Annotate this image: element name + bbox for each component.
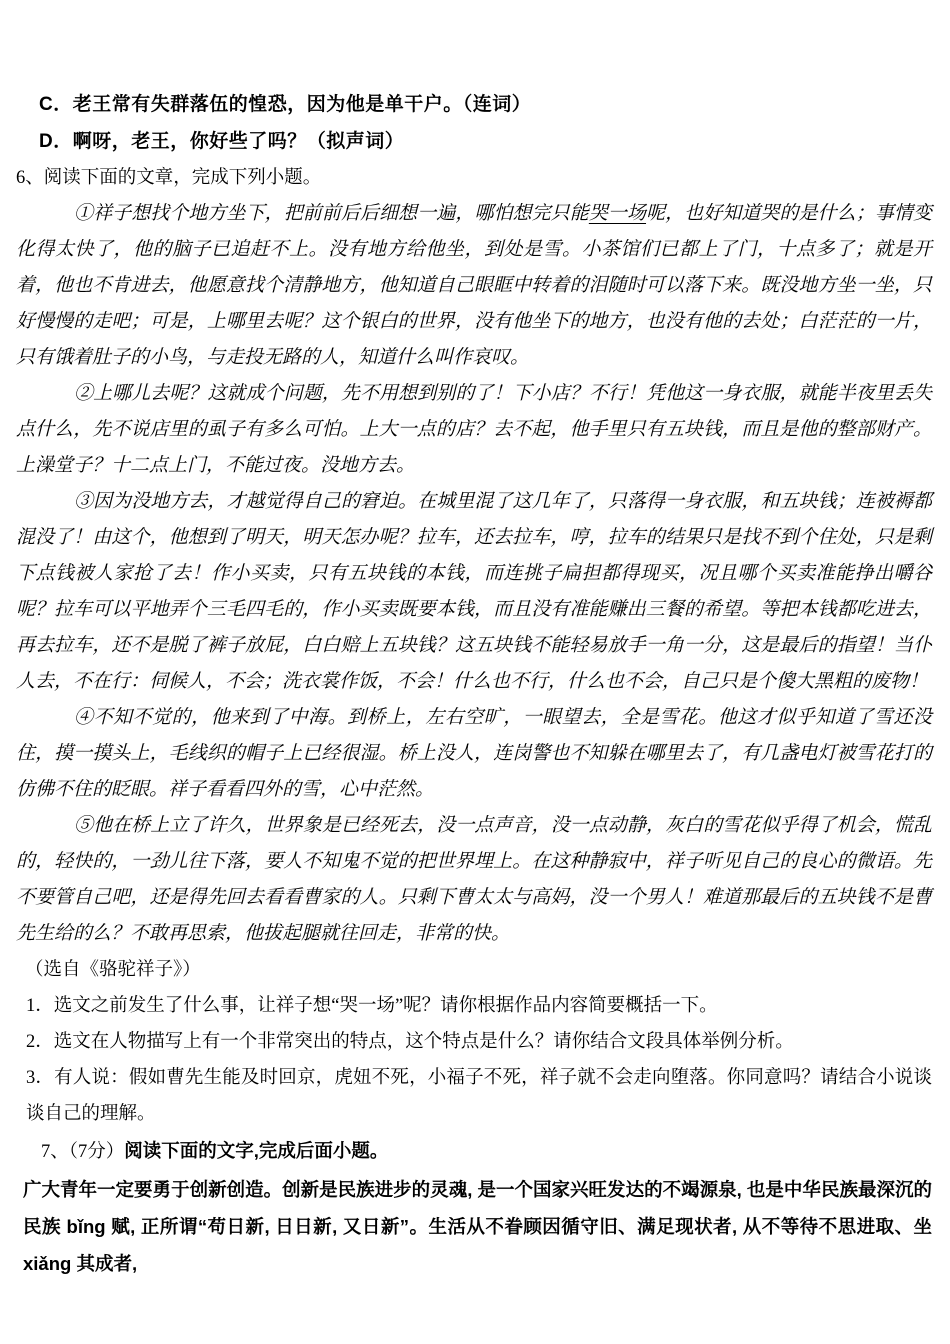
- passage-paragraph-5: ⑤他在桥上立了许久，世界象是已经死去，没一点声音，没一点动静，灰白的雪花似乎得了…: [16, 808, 932, 952]
- passage-paragraph-1: ①祥子想找个地方坐下，把前前后后细想一遍，哪怕想完只能哭一场呢，也好知道哭的是什…: [16, 196, 932, 376]
- question7-title: 阅读下面的文字,完成后面小题。: [124, 1140, 388, 1161]
- sub-question-3: 3．有人说：假如曹先生能及时回京，虎妞不死，小福子不死，祥子就不会走向堕落。你同…: [16, 1060, 932, 1132]
- question6-intro: 6、阅读下面的文章，完成下列小题。: [16, 160, 932, 196]
- sub-question-1: 1．选文之前发生了什么事，让祥子想“哭一场”呢？请你根据作品内容简要概括一下。: [16, 988, 932, 1024]
- underlined-phrase: 哭一场: [589, 203, 646, 224]
- option-c: C．老王常有失群落伍的惶恐，因为他是单干户。（连词）: [16, 86, 932, 123]
- paragraph1-text-after: 呢，也好知道哭的是什么；事情变化得太快了，他的脑子已追赶不上。没有地方给他坐，到…: [16, 203, 932, 368]
- sub-question-2: 2．选文在人物描写上有一个非常突出的特点，这个特点是什么？请你结合文段具体举例分…: [16, 1024, 932, 1060]
- passage-source: （选自《骆驼祥子》）: [16, 952, 932, 988]
- question7-passage: 广大青年一定要勇于创新创造。创新是民族进步的灵魂, 是一个国家兴旺发达的不竭源泉…: [16, 1171, 932, 1282]
- exam-page: C．老王常有失群落伍的惶恐，因为他是单干户。（连词） D．啊呀，老王，你好些了吗…: [0, 0, 950, 1344]
- question7-number: 7、（7分）: [41, 1142, 124, 1162]
- passage-paragraph-4: ④不知不觉的，他来到了中海。到桥上，左右空旷，一眼望去，全是雪花。他这才似乎知道…: [16, 700, 932, 808]
- passage-paragraph-2: ②上哪儿去呢？这就成个问题，先不用想到别的了！下小店？不行！凭他这一身衣服，就能…: [16, 376, 932, 484]
- question7-heading: 7、（7分）阅读下面的文字,完成后面小题。: [16, 1132, 932, 1171]
- paragraph1-text-before: ①祥子想找个地方坐下，把前前后后细想一遍，哪怕想完只能: [74, 203, 589, 224]
- passage-luotuo-xiangzi: ①祥子想找个地方坐下，把前前后后细想一遍，哪怕想完只能哭一场呢，也好知道哭的是什…: [16, 196, 932, 952]
- option-d: D．啊呀，老王，你好些了吗？（拟声词）: [16, 123, 932, 160]
- passage-paragraph-3: ③因为没地方去，才越觉得自己的窘迫。在城里混了这几年了，只落得一身衣服，和五块钱…: [16, 484, 932, 700]
